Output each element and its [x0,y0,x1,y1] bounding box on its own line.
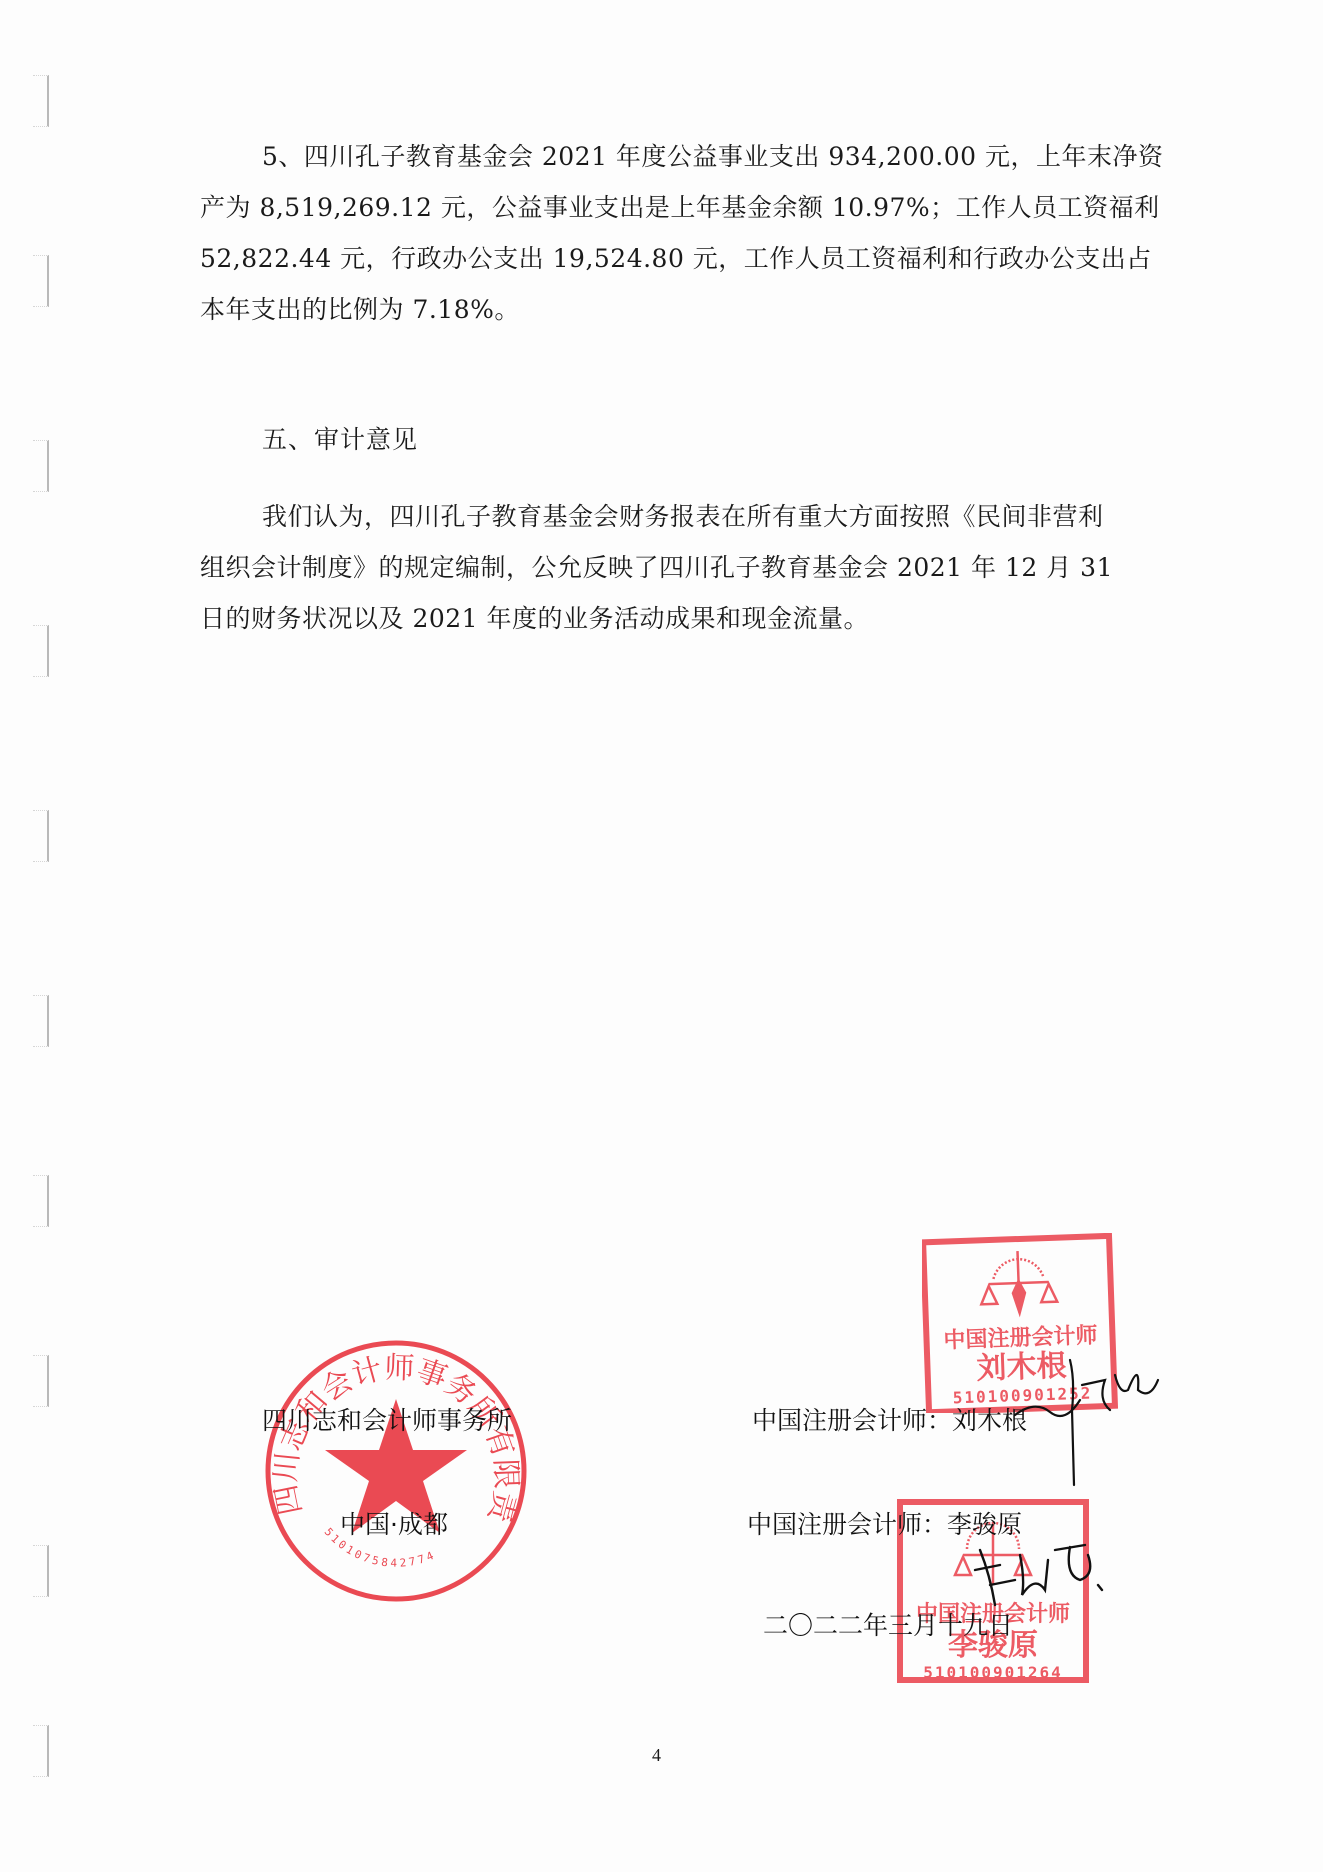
item5-paragraph: 5、四川孔子教育基金会 2021 年度公益事业支出 934,200.00 元，上… [200,131,1135,335]
handwritten-signature-2 [970,1535,1110,1615]
page-number: 4 [652,1745,661,1766]
section-heading-audit-opinion: 五、审计意见 [262,420,418,456]
scales-of-justice-icon [980,1250,1058,1315]
document-page: 5、四川孔子教育基金会 2021 年度公益事业支出 934,200.00 元，上… [0,0,1323,1872]
audit-opinion-paragraph: 我们认为，四川孔子教育基金会财务报表在所有重大方面按照《民间非营利 组织会计制度… [200,491,1135,644]
binding-mark [33,1175,49,1227]
audit-firm-name: 四川志和会计师事务所 [262,1401,512,1437]
paragraph-line: 日的财务状况以及 2021 年度的业务活动成果和现金流量。 [200,593,1135,644]
binding-mark [33,625,49,677]
paragraph-line: 5、四川孔子教育基金会 2021 年度公益事业支出 934,200.00 元，上… [200,131,1135,182]
binding-mark [33,1355,49,1407]
paragraph-line: 产为 8,519,269.12 元，公益事业支出是上年基金余额 10.97%；工… [200,182,1135,233]
binding-mark [33,1725,49,1777]
binding-mark [33,440,49,492]
firm-seal-stamp: 四川志和会计师事务所有限责任公司 5101075842774 [262,1337,530,1605]
paragraph-line: 组织会计制度》的规定编制，公允反映了四川孔子教育基金会 2021 年 12 月 … [200,542,1135,593]
binding-mark [33,75,49,127]
binding-mark [33,810,49,862]
paragraph-line: 52,822.44 元，行政办公支出 19,524.80 元，工作人员工资福利和… [200,233,1135,284]
handwritten-signature-1 [1010,1340,1160,1490]
seal-number: 510100901264 [923,1663,1063,1682]
binding-mark [33,995,49,1047]
binding-mark [33,255,49,307]
paragraph-line: 我们认为，四川孔子教育基金会财务报表在所有重大方面按照《民间非营利 [200,491,1135,542]
cpa-signature-line-1: 中国注册会计师：刘木根 [752,1401,1027,1437]
audit-firm-location: 中国·成都 [340,1505,448,1541]
binding-mark [33,1545,49,1597]
paragraph-line: 本年支出的比例为 7.18%。 [200,284,1135,335]
